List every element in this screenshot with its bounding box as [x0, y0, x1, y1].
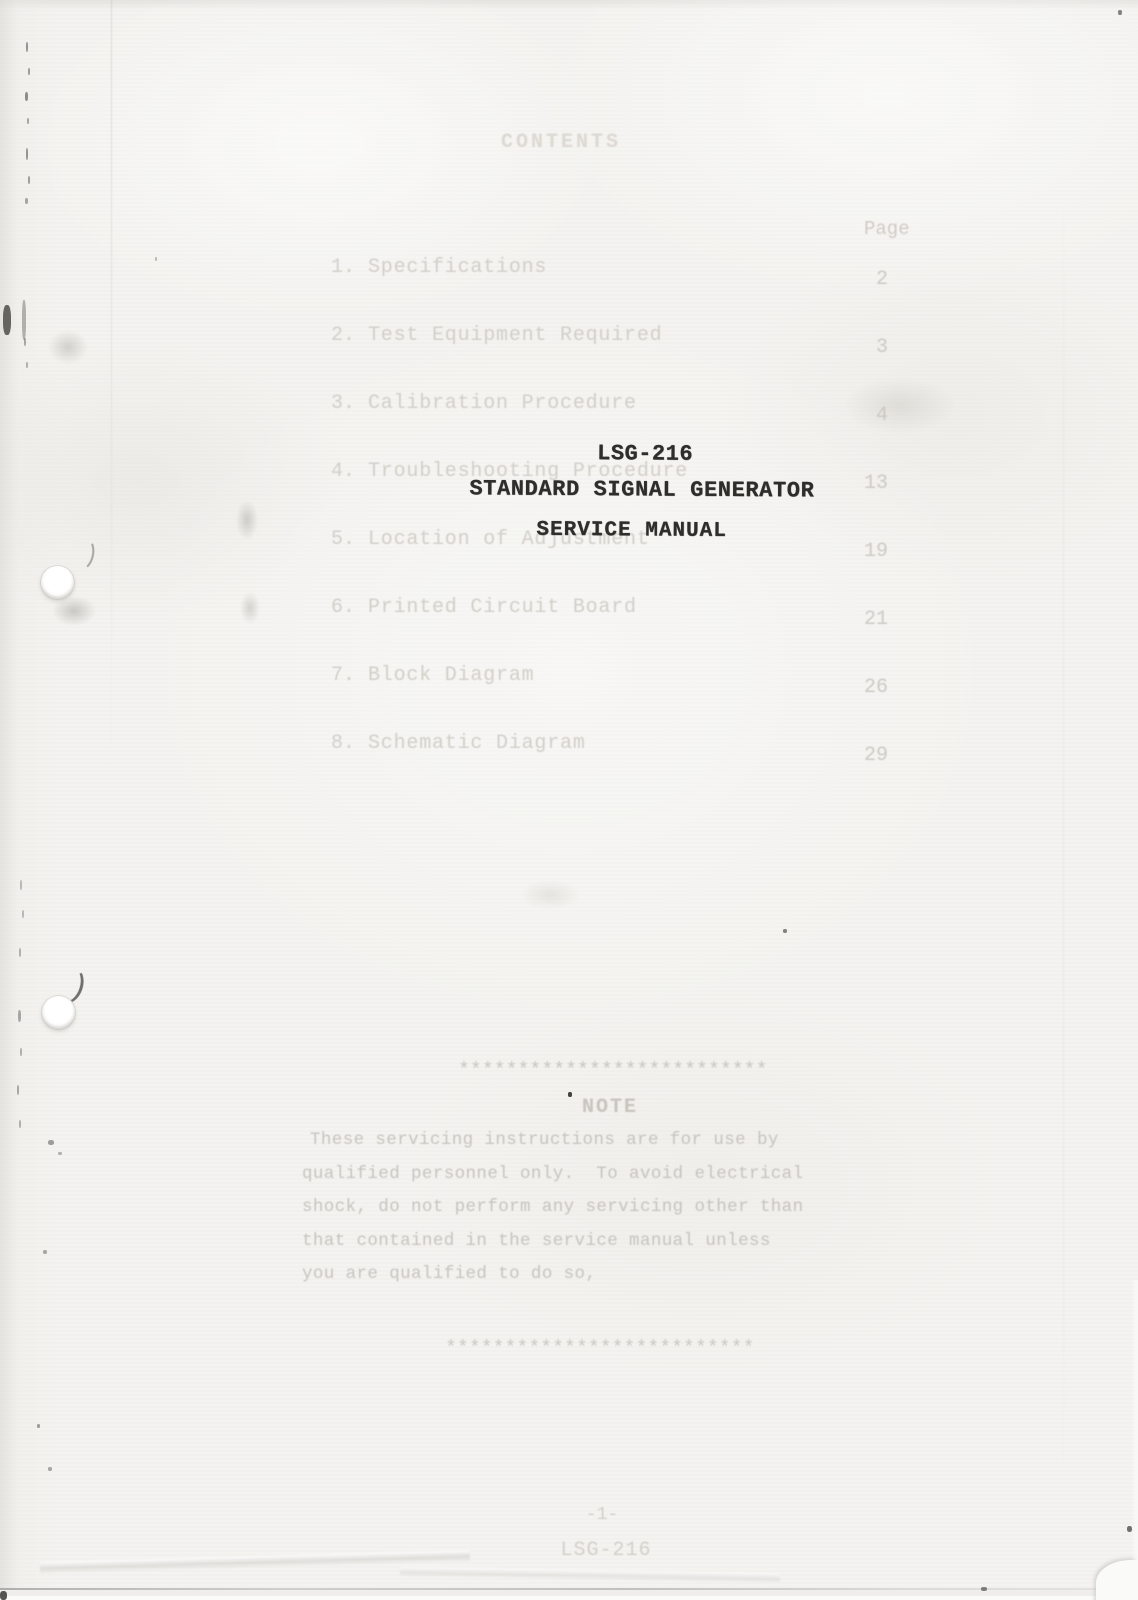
- scan-speck: [783, 929, 787, 933]
- smudge: [520, 880, 580, 910]
- smudge: [845, 378, 955, 433]
- scan-speck: [26, 148, 28, 160]
- title-model: LSG-216: [597, 441, 693, 467]
- scan-speck: [28, 176, 30, 184]
- scan-speck: [37, 1424, 40, 1428]
- scan-speck: [568, 1092, 572, 1097]
- note-line: shock, do not perform any servicing othe…: [302, 1197, 803, 1217]
- vertical-crease-right: [1063, 150, 1064, 1500]
- scan-speck: [22, 300, 26, 340]
- scan-speck: [155, 257, 157, 261]
- scan-speck: [20, 1048, 22, 1056]
- scan-speck: [25, 198, 28, 204]
- note-line: you are qualified to do so,: [302, 1264, 596, 1284]
- note-heading: NOTE: [582, 1096, 638, 1119]
- scan-speck: [1118, 10, 1122, 15]
- scan-speck: [24, 338, 26, 346]
- scan-speck: [26, 362, 28, 368]
- scan-speck: [19, 948, 21, 957]
- smudge: [48, 330, 88, 364]
- scan-speck: [27, 118, 29, 124]
- scan-speck: [58, 1152, 62, 1155]
- scan-speck: [22, 910, 24, 918]
- scan-speck: [20, 880, 22, 890]
- punch-hole-top: [41, 566, 74, 599]
- note-line: qualified personnel only. To avoid elect…: [302, 1164, 803, 1184]
- scan-speck: [48, 1140, 54, 1145]
- scanned-manual-page: CONTENTS Page 1.Specifications22.Test Eq…: [0, 0, 1138, 1600]
- scan-speck: [0, 1591, 7, 1600]
- footer-model-label: LSG-216: [560, 1539, 651, 1562]
- scan-speck: [1127, 1526, 1132, 1532]
- scan-speck: [26, 42, 28, 52]
- scan-speck: [48, 1467, 52, 1471]
- scan-speck: [25, 92, 28, 101]
- note-line: that contained in the service manual unl…: [302, 1231, 771, 1251]
- scan-background-strip: [0, 1596, 1138, 1600]
- title-product: STANDARD SIGNAL GENERATOR: [469, 476, 814, 503]
- scan-speck: [43, 1250, 47, 1254]
- scan-speck: [17, 1085, 19, 1095]
- pencil-squiggle: [236, 500, 258, 540]
- scan-speck: [28, 68, 30, 75]
- scan-speck: [19, 1120, 21, 1128]
- note-line: These servicing instructions are for use…: [302, 1130, 779, 1150]
- scan-speck: [981, 1587, 987, 1591]
- scan-speck: [3, 305, 11, 335]
- footer-page-number: -1-: [586, 1505, 618, 1525]
- smudge: [52, 596, 96, 626]
- title-stamp: LSG-216 STANDARD SIGNAL GENERATOR SERVIC…: [0, 0, 1138, 1600]
- vertical-fold-crease-left: [111, 0, 112, 790]
- note-asterisk-row-top: **************************: [458, 1059, 767, 1081]
- pencil-mark: [240, 592, 260, 624]
- page-right-edge-sliver: [1131, 1280, 1138, 1600]
- title-document-type: SERVICE MANUAL: [536, 519, 727, 543]
- note-asterisk-row-bottom: **************************: [445, 1337, 754, 1359]
- scan-speck: [18, 1010, 21, 1022]
